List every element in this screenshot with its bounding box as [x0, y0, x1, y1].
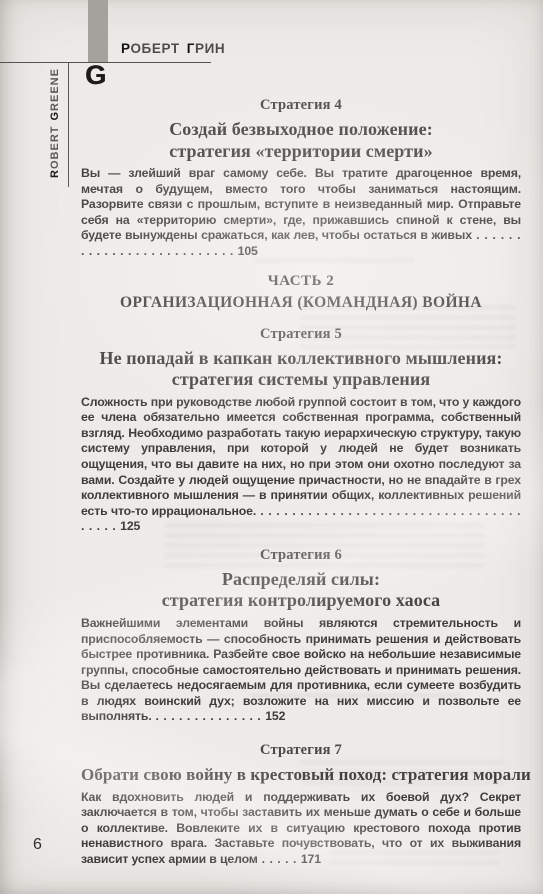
- strategy-label: Стратегия 4: [81, 97, 521, 114]
- summary-text: Важнейшими элементами войны являются стр…: [81, 616, 521, 724]
- strategy-title: Не попадай в капкан коллективного мышлен…: [81, 348, 521, 391]
- strategy-summary: Важнейшими элементами войны являются стр…: [81, 616, 521, 725]
- spine-initial-1: R: [49, 169, 61, 178]
- toc-page-ref: 171: [301, 852, 321, 866]
- strategy-title-line-1: Распределяй силы:: [81, 569, 521, 591]
- dot-leader: . . . . .: [258, 852, 301, 866]
- part-title: ОРГАНИЗАЦИОННАЯ (КОМАНДНАЯ) ВОЙНА: [81, 293, 521, 313]
- strategy-title-line-1: Обрати свою войну в крестовый поход: стр…: [81, 764, 521, 786]
- book-toc-page: РОБЕРТГРИН G ROBERTGREENE Стратегия 4 Со…: [0, 0, 543, 894]
- toc-entry-strategy-4: Стратегия 4 Создай безвыходное положение…: [81, 97, 521, 260]
- strategy-summary: Сложность при руководстве любой группой …: [81, 395, 521, 535]
- toc-entry-strategy-6: Стратегия 6 Распределяй силы: стратегия …: [81, 547, 521, 725]
- dot-leader: . . . . . . . . . . . . . .: [152, 709, 266, 723]
- spine-author-name: ROBERTGREENE: [49, 60, 61, 186]
- strategy-title-line-2: стратегия контролируемого хаоса: [81, 590, 521, 612]
- part-kicker: ЧАСТЬ 2: [81, 272, 521, 291]
- strategy-label: Стратегия 6: [81, 547, 521, 564]
- part-heading: ЧАСТЬ 2 ОРГАНИЗАЦИОННАЯ (КОМАНДНАЯ) ВОЙН…: [81, 272, 521, 313]
- summary-text: Вы — злейший враг самому себе. Вы тратит…: [81, 166, 521, 242]
- strategy-title-line-2: стратегия «территории смерти»: [81, 141, 521, 163]
- strategy-label: Стратегия 5: [81, 326, 521, 343]
- spine-rest-2: REENE: [49, 68, 61, 111]
- strategy-title: Обрати свою войну в крестовый поход: стр…: [81, 764, 521, 786]
- strategy-summary: Вы — злейший враг самому себе. Вы тратит…: [81, 166, 521, 260]
- strategy-label: Стратегия 7: [81, 742, 521, 759]
- toc-entry-strategy-5: Стратегия 5 Не попадай в капкан коллекти…: [81, 326, 521, 535]
- strategy-title-line-1: Не попадай в капкан коллективного мышлен…: [81, 348, 521, 370]
- strategy-summary: Как вдохновить людей и поддерживать их б…: [81, 790, 521, 868]
- spine-initial-2: G: [49, 111, 61, 121]
- toc-page-ref: 152: [265, 709, 285, 723]
- strategy-title: Распределяй силы: стратегия контролируем…: [81, 569, 521, 612]
- toc-content: Стратегия 4 Создай безвыходное положение…: [81, 0, 521, 868]
- summary-text: Сложность при руководстве любой группой …: [81, 395, 521, 518]
- spine-rest-1: OBERT: [49, 126, 61, 170]
- page-number: 6: [33, 836, 42, 854]
- toc-page-ref: 125: [120, 519, 140, 533]
- strategy-title-line-1: Создай безвыходное положение:: [81, 119, 521, 141]
- toc-entry-strategy-7: Стратегия 7 Обрати свою войну в крестовы…: [81, 742, 521, 867]
- strategy-title: Создай безвыходное положение: стратегия …: [81, 119, 521, 162]
- strategy-title-line-2: стратегия системы управления: [81, 369, 521, 391]
- toc-page-ref: 105: [238, 244, 258, 258]
- spine-rule: [68, 63, 69, 187]
